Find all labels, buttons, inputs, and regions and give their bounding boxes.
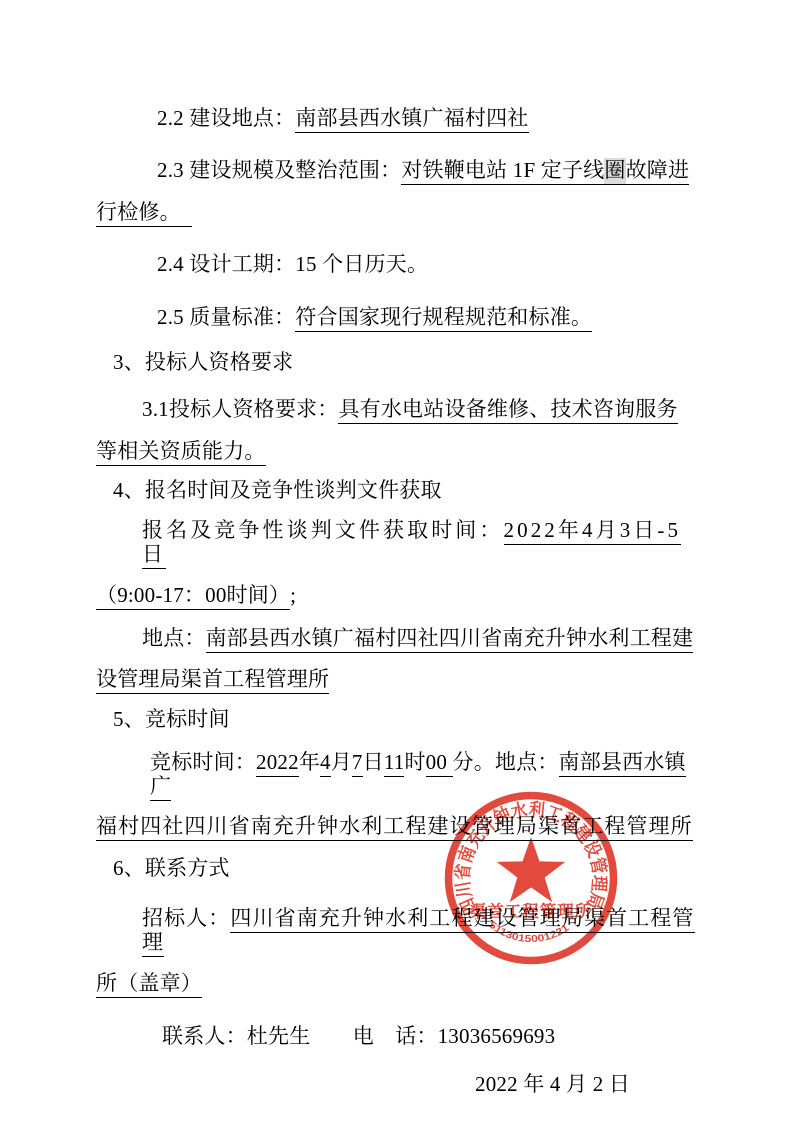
filled-blank-text: 符合国家现行规程规范和标准。 — [295, 305, 592, 332]
static-text: 地点： — [142, 626, 206, 650]
static-text: 招标人： — [142, 906, 230, 930]
line-4-signup-time-cont: （9:00-17：00时间）; — [96, 583, 699, 607]
filled-blank-text: 2022 — [256, 750, 299, 777]
line-6-tenderer-cont: 所（盖章） — [96, 971, 699, 995]
line-3-1-qualification-cont: 等相关资质能力。 — [96, 439, 699, 463]
static-text: 时 — [404, 750, 425, 774]
filled-blank-text: 11 — [384, 750, 405, 777]
static-text: 6、联系方式 — [113, 856, 230, 880]
line-contact: 联系人：杜先生 电 话：13036569693 — [162, 1024, 699, 1048]
static-text: 2.3 建设规模及整治范围： — [157, 158, 401, 182]
static-text: 2.4 设计工期：15 个日历天。 — [157, 252, 428, 276]
static-text: 2022 年 4 月 2 日 — [475, 1072, 630, 1096]
filled-blank-text: 对铁鞭电站 1F 定子线 — [401, 158, 604, 185]
line-2-3-scope-cont: 行检修。 — [96, 200, 699, 224]
filled-blank-text: 具有水电站设备维修、技术咨询服务 — [338, 397, 677, 424]
line-3-1-qualification: 3.1投标人资格要求：具有水电站设备维修、技术咨询服务 — [142, 397, 699, 421]
filled-blank-text: 等相关资质能力。 — [96, 439, 266, 466]
static-text: 联系人：杜先生 电 话：13036569693 — [162, 1024, 555, 1048]
line-date: 2022 年 4 月 2 日 — [475, 1072, 699, 1096]
filled-blank-text: 00 — [426, 750, 453, 777]
line-4-signup-time: 报名及竞争性谈判文件获取时间：2022年4月3日-5日 — [142, 518, 699, 566]
line-section-5: 5、竞标时间 — [113, 707, 699, 731]
static-text: 年 — [299, 750, 320, 774]
filled-blank-text: 南部县西水镇广福村四社四川省南充升钟水利工程建 — [206, 626, 694, 653]
line-2-3-scope: 2.3 建设规模及整治范围：对铁鞭电站 1F 定子线圈故障进 — [157, 158, 699, 182]
static-text: 分。地点： — [453, 750, 559, 774]
line-section-3: 3、投标人资格要求 — [113, 350, 699, 374]
static-text: 4、报名时间及竞争性谈判文件获取 — [113, 478, 442, 502]
filled-blank-text: 南部县西水镇广福村四社 — [295, 106, 528, 133]
filled-blank-text: 所（盖章） — [96, 971, 202, 998]
stamp-office-name: 渠首工程管理所 — [470, 901, 593, 921]
static-text: 日 — [363, 750, 384, 774]
official-seal-stamp: 四川省南充升钟水利工程建设管理局 渠首工程管理所 5113015001221 — [436, 783, 626, 973]
filled-blank-text: 故障进 — [626, 158, 690, 185]
stamp-star-icon — [497, 837, 565, 902]
static-text: 3、投标人资格要求 — [113, 350, 293, 374]
static-text: 5、竞标时间 — [113, 707, 230, 731]
static-text: 月 — [331, 750, 352, 774]
static-text: ; — [290, 583, 296, 607]
line-2-2-location: 2.2 建设地点：南部县西水镇广福村四社 — [157, 106, 699, 130]
static-text: 2.2 建设地点： — [157, 106, 295, 130]
line-section-4: 4、报名时间及竞争性谈判文件获取 — [113, 478, 699, 502]
stamp-serial-number: 5113015001221 — [486, 919, 571, 945]
line-2-4-duration: 2.4 设计工期：15 个日历天。 — [157, 252, 699, 276]
filled-blank-text: 设管理局渠首工程管理所 — [96, 667, 329, 694]
line-2-5-quality: 2.5 质量标准：符合国家现行规程规范和标准。 — [157, 305, 699, 329]
line-4-place-cont: 设管理局渠首工程管理所 — [96, 667, 699, 691]
filled-blank-text: 7 — [352, 750, 363, 777]
static-text: 竞标时间： — [150, 750, 256, 774]
filled-blank-text — [170, 200, 191, 227]
static-text: 2.5 质量标准： — [157, 305, 295, 329]
filled-blank-text: （9:00-17：00时间） — [96, 583, 290, 610]
static-text: 3.1投标人资格要求： — [142, 397, 338, 421]
filled-blank-text: 圈 — [604, 158, 625, 185]
filled-blank-text: 4 — [320, 750, 331, 777]
static-text: 报名及竞争性谈判文件获取时间： — [142, 518, 504, 542]
line-4-place: 地点：南部县西水镇广福村四社四川省南充升钟水利工程建 — [142, 626, 699, 650]
document-body: 2.2 建设地点：南部县西水镇广福村四社2.3 建设规模及整治范围：对铁鞭电站 … — [0, 0, 793, 1122]
filled-blank-text: 行检修。 — [96, 200, 170, 227]
